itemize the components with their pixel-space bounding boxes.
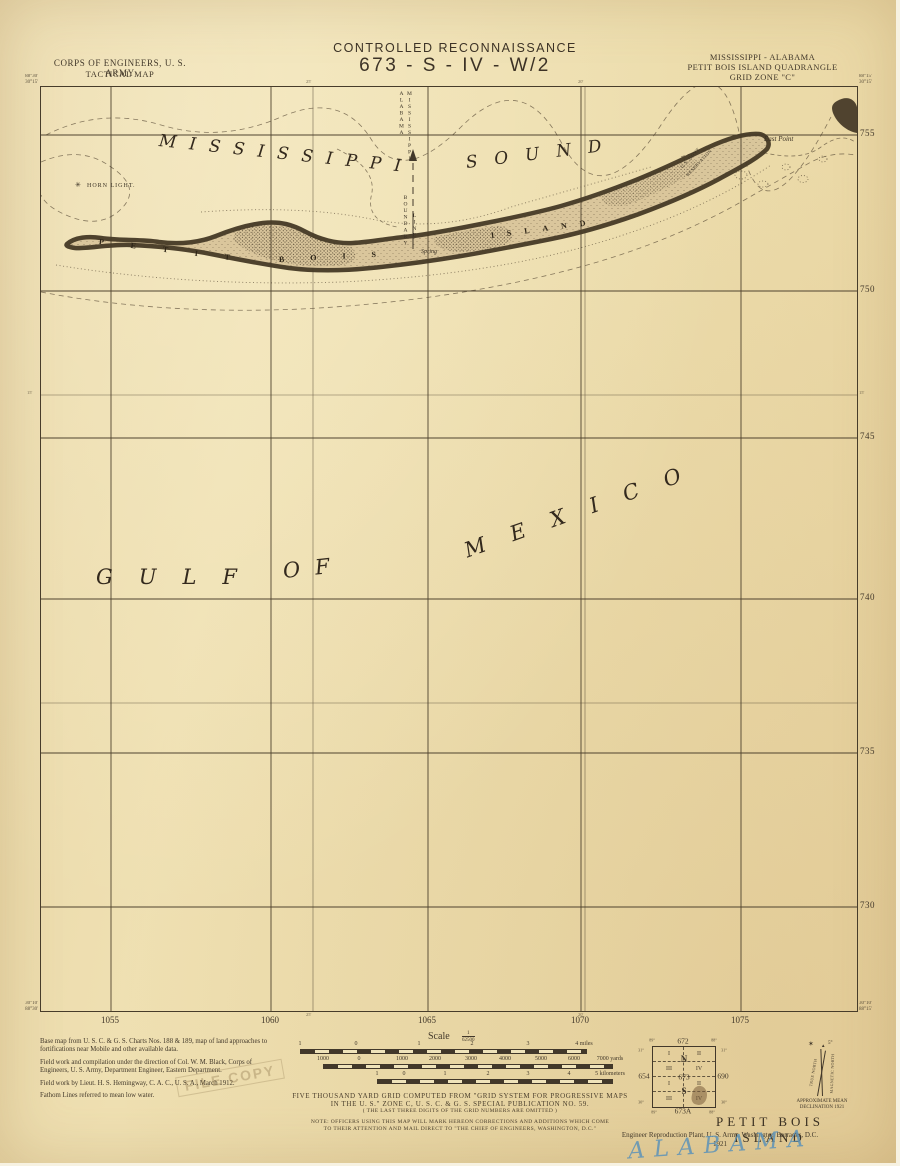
zone-degree-label: 30° <box>721 1100 727 1105</box>
grid-zone-line: GRID ZONE "C" <box>655 72 870 82</box>
grid-note-line-2: IN THE U. S." ZONE C, U. S. C. & G. S. S… <box>260 1100 660 1108</box>
scale-km-bar <box>377 1079 613 1084</box>
zone-south-label: S <box>681 1086 686 1096</box>
officers-note-line-1: NOTE: OFFICERS USING THIS MAP WILL MARK … <box>260 1119 660 1125</box>
spring-label: Spring <box>421 249 437 255</box>
note-paragraph: Base map from U. S. C. & G. S. Charts No… <box>40 1038 268 1055</box>
zone-number-above: 672 <box>677 1037 688 1046</box>
edge-tick-left: 15' <box>27 390 32 395</box>
tick-label: 2 <box>471 1041 474 1047</box>
adjacent-island-edge <box>832 98 857 133</box>
tick-label: 1055 <box>101 1015 119 1025</box>
tick-label: 750 <box>860 284 875 294</box>
grid-note-line-3: ( THE LAST THREE DIGITS OF THE GRID NUMB… <box>260 1108 660 1114</box>
tick-label: 1065 <box>418 1015 436 1025</box>
tick-label: 1 <box>376 1071 379 1077</box>
map-area: MISSISSIPPI SOUND GULF OF MEXICO PETIT B… <box>40 86 858 1012</box>
tick-label: 2000 <box>429 1056 441 1062</box>
tick-label: 5000 <box>535 1056 547 1062</box>
scale-ratio-numerator: 1 <box>467 1031 470 1036</box>
corner-coord-bottom-left: 30°10'88°30' <box>14 1001 38 1013</box>
zone-degree-label: 89° <box>651 1110 657 1115</box>
tick-label: 1060 <box>261 1015 279 1025</box>
tick-label: 755 <box>860 128 875 138</box>
tick-label: 740 <box>860 592 875 602</box>
scale-title: Scale <box>428 1031 450 1042</box>
tick-label: 1 <box>299 1041 302 1047</box>
boundary-line-word: LINE <box>411 213 417 239</box>
boundary-word: BOUNDARY <box>402 195 408 247</box>
zone-number-left: 654 <box>638 1072 649 1081</box>
zone-quadrant: IV <box>696 1066 702 1072</box>
corner-coord-bottom-right: 30°10'88°15' <box>859 1001 872 1013</box>
tick-label: 3000 <box>465 1056 477 1062</box>
zone-number-right: 690 <box>717 1072 728 1081</box>
map-drawing <box>41 87 857 1011</box>
true-north-star-icon: ✶ <box>808 1040 814 1048</box>
zone-degree-label: 31° <box>721 1048 727 1053</box>
water-label-gulf: GULF <box>96 565 263 589</box>
east-point-label: East Point <box>764 135 793 143</box>
tick-label: 3 <box>527 1041 530 1047</box>
map-sheet: { "header": { "left1": "CORPS OF ENGINEE… <box>0 0 900 1166</box>
tick-label: 1000 <box>317 1056 329 1062</box>
declination-caption-2: DECLINATION 1921 <box>782 1105 862 1112</box>
zone-degree-label: 31° <box>638 1048 644 1053</box>
scale-yards-bar <box>323 1064 613 1069</box>
edge-tick-bottom-1: 25' <box>306 1012 311 1017</box>
magnetic-north-arrow-icon: ▲ <box>821 1043 825 1048</box>
lighthouse-star-icon: ✳ <box>75 181 81 189</box>
tick-label: 5 kilometers <box>595 1071 625 1077</box>
zone-degree-label: 88° <box>711 1038 717 1043</box>
tick-label: 2 <box>487 1071 490 1077</box>
zone-quadrant: II <box>697 1051 701 1057</box>
tick-label: 0 <box>403 1071 406 1077</box>
tick-label: 6000 <box>568 1056 580 1062</box>
edge-tick-top-2: 20' <box>578 79 583 84</box>
tick-label: 1075 <box>731 1015 749 1025</box>
zone-degree-label: 30° <box>638 1100 644 1105</box>
tick-label: 1000 <box>396 1056 408 1062</box>
zone-north-label: N <box>681 1054 688 1064</box>
corner-coord-top-left: 88°30'30°15' <box>14 74 38 86</box>
tick-label: 0 <box>355 1041 358 1047</box>
graticule-lines <box>41 87 857 1011</box>
zone-quadrant: I <box>668 1051 670 1057</box>
zone-center-number: 673 <box>678 1073 689 1082</box>
tick-label: 4 <box>568 1071 571 1077</box>
zone-quadrant: I <box>668 1081 670 1087</box>
tactical-map-line: TACTICAL MAP <box>40 69 200 79</box>
boundary-state-mississippi: MISSISSIPPI <box>406 91 412 163</box>
zone-quadrant: III <box>666 1066 672 1072</box>
quadrangle-line: PETIT BOIS ISLAND QUADRANGLE <box>655 62 870 72</box>
tick-label: 0 <box>358 1056 361 1062</box>
horn-light-label: HORN LIGHT. <box>87 183 136 189</box>
zone-degree-label: 89° <box>649 1038 655 1043</box>
tick-label: 730 <box>860 900 875 910</box>
boundary-state-alabama: ALABAMA <box>398 91 404 137</box>
tick-label: 3 <box>527 1071 530 1077</box>
tick-label: 1070 <box>571 1015 589 1025</box>
tick-label: 4 miles <box>575 1041 593 1047</box>
grid-note-line-1: FIVE THOUSAND YARD GRID COMPUTED FROM "G… <box>260 1092 660 1100</box>
tick-label: 7000 yards <box>597 1056 624 1062</box>
tick-label: 745 <box>860 431 875 441</box>
edge-tick-top-1: 25' <box>306 79 311 84</box>
declination-angle: 5° <box>828 1041 833 1046</box>
scale-miles-bar <box>300 1049 587 1054</box>
tick-label: 4000 <box>499 1056 511 1062</box>
controlled-reconnaissance-title: CONTROLLED RECONNAISSANCE <box>330 41 580 55</box>
corner-coord-top-right: 88°15'30°15' <box>859 74 872 86</box>
fathom-lines <box>41 87 855 310</box>
yard-grid-lines <box>41 87 857 1011</box>
tick-label: 1 <box>444 1071 447 1077</box>
edge-tick-right: 15' <box>859 390 864 395</box>
tick-label: 735 <box>860 746 875 756</box>
tick-label: 1 <box>418 1041 421 1047</box>
note-paragraph: Fathom Lines referred to mean low water. <box>40 1092 268 1100</box>
zone-quadrant: III <box>666 1096 672 1102</box>
sheet-number: 673 - S - IV - W/2 <box>330 55 580 77</box>
state-line: MISSISSIPPI - ALABAMA <box>655 52 870 62</box>
